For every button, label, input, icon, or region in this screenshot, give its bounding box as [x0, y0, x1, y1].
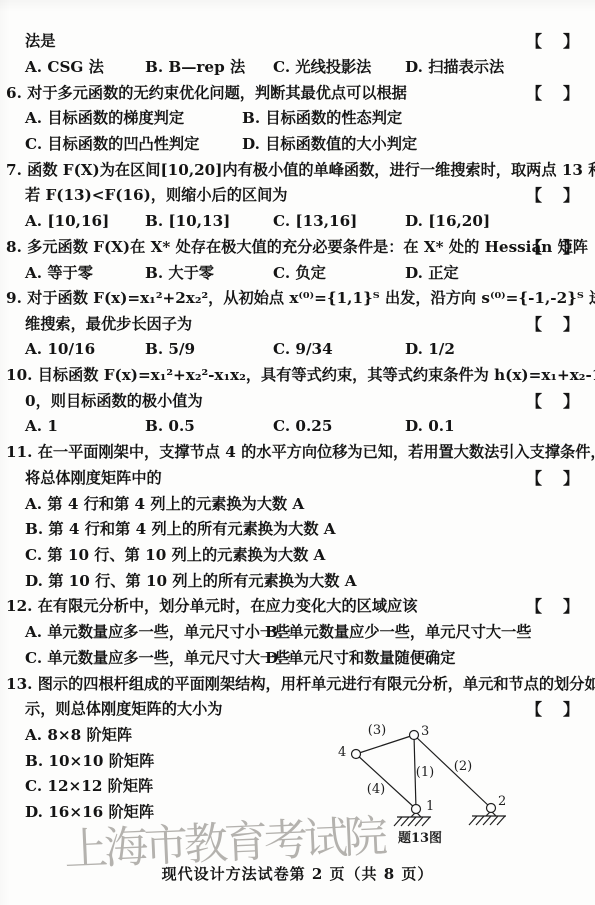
element-2-label: (2) [454, 759, 472, 774]
bracket-open: 【 [526, 29, 542, 52]
option: C. 第 10 行、第 10 列上的元素换为大数 A [25, 544, 325, 565]
bracket-close: 】 [563, 697, 579, 720]
option: B. 0.5 [145, 417, 273, 435]
figure-caption: 题13图 [398, 830, 442, 846]
line-text: 8. 多元函数 F(X)在 X* 处存在极大值的充分必要条件是：在 X* 处的 … [6, 236, 588, 257]
node-1 [412, 805, 421, 814]
line-text: 13. 图示的四根杆组成的平面刚架结构，用杆单元进行有限元分析，单元和节点的划分… [6, 673, 595, 694]
option: A. 第 4 行和第 4 列上的元素换为大数 A [25, 493, 304, 514]
option: C. 0.25 [273, 417, 405, 435]
bracket-close: 】 [563, 29, 579, 52]
line-text: 11. 在一平面刚架中，支撑节点 4 的水平方向位移为已知，若用置大数法引入支撑… [6, 441, 595, 462]
option: A. 等于零 [25, 262, 145, 283]
question-stem-line: 7. 函数 F(X)为在区间[10,20]内有极小值的单峰函数，进行一维搜索时，… [0, 156, 595, 182]
question-stem-line: 6. 对于多元函数的无约束优化问题，判断其最优点可以根据【】 [0, 79, 595, 105]
bar-element-4 [356, 754, 416, 809]
option: A. CSG 法 [25, 56, 145, 77]
option-row: A. [10,16]B. [10,13]C. [13,16]D. [16,20] [0, 208, 595, 234]
option: D. 正定 [405, 262, 581, 283]
option: B. 第 4 行和第 4 列上的所有元素换为大数 A [25, 518, 336, 539]
bracket-open: 【 [526, 594, 542, 617]
option: C. 负定 [273, 262, 405, 283]
option: D. [16,20] [405, 212, 581, 230]
question-stem-line: 13. 图示的四根杆组成的平面刚架结构，用杆单元进行有限元分析，单元和节点的划分… [0, 670, 595, 696]
option-row: A. CSG 法B. B—rep 法C. 光线投影法D. 扫描表示法 [0, 54, 595, 80]
bracket-open: 【 [526, 81, 542, 104]
bracket-open: 【 [526, 312, 542, 335]
answer-brackets: 【】 [526, 234, 579, 260]
line-text: 7. 函数 F(X)为在区间[10,20]内有极小值的单峰函数，进行一维搜索时，… [6, 159, 595, 180]
element-1-label: (1) [416, 765, 434, 780]
node-3-label: 3 [421, 724, 429, 739]
node-2 [487, 804, 496, 813]
bracket-open: 【 [526, 466, 542, 489]
option: A. 单元数量应多一些，单元尺寸小一些 [25, 621, 265, 642]
question-13-figure: 3 4 1 2 (3) (1) (2) (4) 题13图 [330, 713, 525, 853]
option: D. 1/2 [405, 340, 581, 358]
bracket-open: 【 [526, 235, 542, 258]
option-row: A. 10/16B. 5/9C. 9/34D. 1/2 [0, 336, 595, 362]
element-4-label: (4) [367, 782, 385, 797]
answer-brackets: 【】 [526, 79, 579, 105]
answer-brackets: 【】 [526, 182, 579, 208]
option-row: D. 第 10 行、第 10 列上的所有元素换为大数 A [0, 567, 595, 593]
line-text: 维搜索，最优步长因子为 [25, 313, 192, 334]
option: C. 12×12 阶矩阵 [25, 775, 153, 796]
bracket-close: 】 [563, 594, 579, 617]
bracket-close: 】 [563, 389, 579, 412]
answer-brackets: 【】 [526, 593, 579, 619]
option: A. 8×8 阶矩阵 [25, 724, 132, 745]
option-row: C. 单元数量应多一些，单元尺寸大一些D. 单元尺寸和数量随便确定 [0, 645, 595, 671]
option: B. 单元数量应少一些，单元尺寸大一些 [265, 621, 581, 642]
answer-brackets: 【】 [526, 311, 579, 337]
line-text: 法是 [25, 30, 55, 51]
stem-continuation-line: 法是【】 [0, 28, 595, 54]
exam-page: 法是【】A. CSG 法B. B—rep 法C. 光线投影法D. 扫描表示法6.… [0, 0, 595, 905]
bracket-open: 【 [526, 183, 542, 206]
option-row: A. 1B. 0.5C. 0.25D. 0.1 [0, 413, 595, 439]
question-stem-line: 12. 在有限元分析中，划分单元时，在应力变化大的区域应该【】 [0, 593, 595, 619]
option: A. 1 [25, 417, 145, 435]
line-text: 0，则目标函数的极小值为 [25, 390, 203, 411]
line-text: 若 F(13)<F(16)，则缩小后的区间为 [25, 184, 287, 205]
node-4-label: 4 [338, 745, 346, 760]
option-row: C. 目标函数的凹凸性判定D. 目标函数值的大小判定 [0, 131, 595, 157]
bracket-close: 】 [563, 312, 579, 335]
question-stem-line: 10. 目标函数 F(x)=x₁²+x₂²-x₁x₂，具有等式约束，其等式约束条… [0, 362, 595, 388]
option-row: C. 第 10 行、第 10 列上的元素换为大数 A [0, 542, 595, 568]
option-row: A. 第 4 行和第 4 列上的元素换为大数 A [0, 490, 595, 516]
bracket-close: 】 [563, 235, 579, 258]
option: D. 目标函数值的大小判定 [242, 133, 581, 154]
bracket-close: 】 [563, 466, 579, 489]
node-1-label: 1 [426, 799, 434, 814]
bracket-open: 【 [526, 697, 542, 720]
option: B. 目标函数的性态判定 [242, 107, 581, 128]
option: C. 9/34 [273, 340, 405, 358]
option: B. 大于零 [145, 262, 273, 283]
stem-continuation-line: 0，则目标函数的极小值为【】 [0, 388, 595, 414]
answer-brackets: 【】 [526, 388, 579, 414]
page-footer: 现代设计方法试卷第 2 页（共 8 页） [0, 863, 595, 884]
frame-structure-diagram: 3 4 1 2 (3) (1) (2) (4) 题13图 [330, 713, 525, 853]
element-3-label: (3) [368, 723, 386, 738]
stem-continuation-line: 将总体刚度矩阵中的【】 [0, 465, 595, 491]
line-text: 9. 对于函数 F(x)=x₁²+2x₂²，从初始点 x⁽⁰⁾={1,1}ᵀ 出… [6, 287, 595, 308]
answer-brackets: 【】 [526, 465, 579, 491]
option: D. 单元尺寸和数量随便确定 [265, 647, 581, 668]
option: C. [13,16] [273, 212, 405, 230]
option: C. 目标函数的凹凸性判定 [25, 133, 242, 154]
question-stem-line: 9. 对于函数 F(x)=x₁²+2x₂²，从初始点 x⁽⁰⁾={1,1}ᵀ 出… [0, 285, 595, 311]
bracket-close: 】 [563, 183, 579, 206]
option: B. 5/9 [145, 340, 273, 358]
option-row: A. 等于零B. 大于零C. 负定D. 正定 [0, 259, 595, 285]
exam-lines: 法是【】A. CSG 法B. B—rep 法C. 光线投影法D. 扫描表示法6.… [0, 0, 595, 824]
answer-brackets: 【】 [526, 696, 579, 722]
option: D. 第 10 行、第 10 列上的所有元素换为大数 A [25, 570, 357, 591]
option: D. 扫描表示法 [405, 56, 581, 77]
answer-brackets: 【】 [526, 28, 579, 54]
bracket-close: 】 [563, 81, 579, 104]
option: D. 16×16 阶矩阵 [25, 801, 154, 822]
option: A. 10/16 [25, 340, 145, 358]
node-2-label: 2 [498, 794, 506, 809]
option: C. 单元数量应多一些，单元尺寸大一些 [25, 647, 265, 668]
option: B. [10,13] [145, 212, 273, 230]
stem-continuation-line: 维搜索，最优步长因子为【】 [0, 311, 595, 337]
line-text: 12. 在有限元分析中，划分单元时，在应力变化大的区域应该 [6, 595, 417, 616]
option-row: B. 第 4 行和第 4 列上的所有元素换为大数 A [0, 516, 595, 542]
line-text: 将总体刚度矩阵中的 [25, 467, 162, 488]
option-row: A. 单元数量应多一些，单元尺寸小一些B. 单元数量应少一些，单元尺寸大一些 [0, 619, 595, 645]
question-stem-line: 8. 多元函数 F(X)在 X* 处存在极大值的充分必要条件是：在 X* 处的 … [0, 234, 595, 260]
option: A. 目标函数的梯度判定 [25, 107, 242, 128]
option: B. 10×10 阶矩阵 [25, 750, 154, 771]
bracket-open: 【 [526, 389, 542, 412]
option: D. 0.1 [405, 417, 581, 435]
option: A. [10,16] [25, 212, 145, 230]
line-text: 示，则总体刚度矩阵的大小为 [25, 698, 222, 719]
line-text: 6. 对于多元函数的无约束优化问题，判断其最优点可以根据 [6, 82, 407, 103]
line-text: 10. 目标函数 F(x)=x₁²+x₂²-x₁x₂，具有等式约束，其等式约束条… [6, 364, 595, 385]
question-stem-line: 11. 在一平面刚架中，支撑节点 4 的水平方向位移为已知，若用置大数法引入支撑… [0, 439, 595, 465]
stem-continuation-line: 若 F(13)<F(16)，则缩小后的区间为【】 [0, 182, 595, 208]
option-row: A. 目标函数的梯度判定B. 目标函数的性态判定 [0, 105, 595, 131]
option: C. 光线投影法 [273, 56, 405, 77]
node-4 [352, 750, 361, 759]
option: B. B—rep 法 [145, 56, 273, 77]
node-3 [410, 731, 419, 740]
